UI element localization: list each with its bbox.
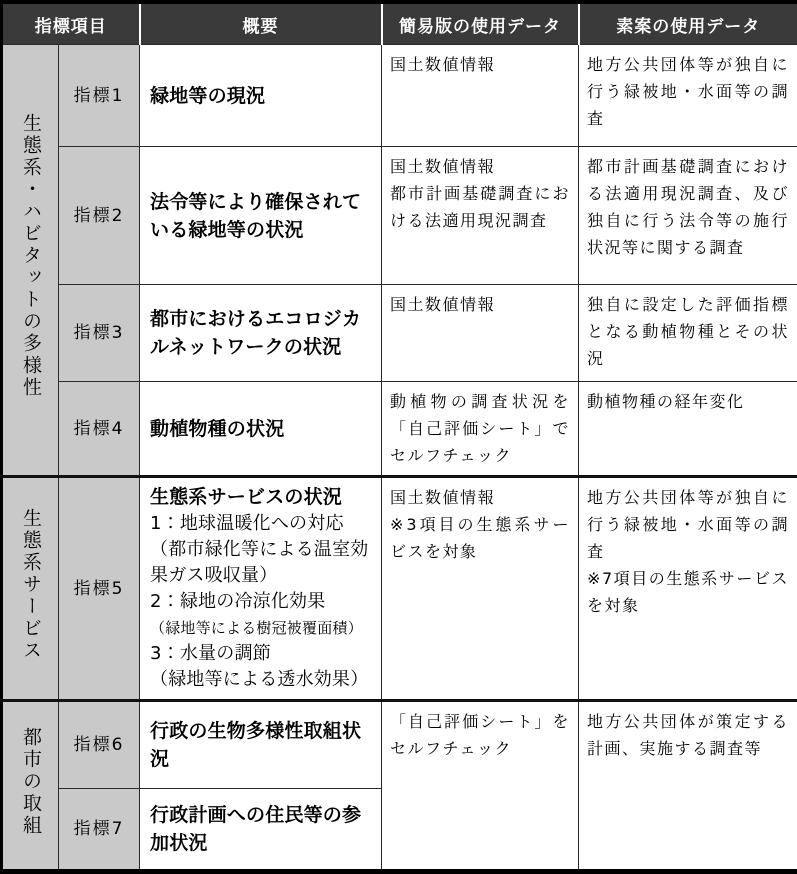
indicators-table: 指標項目 概要 簡易版の使用データ 素案の使用データ 生態系・ハビタットの多様性…: [0, 0, 797, 874]
overview-cell-5: 生態系サービスの状況 1：地球温暖化への対応 （都市緑化等による温室効果ガス吸収…: [140, 477, 382, 701]
header-overview: 概要: [140, 2, 382, 45]
draft-data-cell-5: 地方公共団体等が独自に行う緑被地・水面等の調査 ※7項目の生態系サービスを対象: [579, 477, 797, 701]
table-header: 指標項目 概要 簡易版の使用データ 素案の使用データ: [2, 2, 797, 45]
indicator-label-7: 指標7: [59, 789, 140, 872]
overview-title: 生態系サービスの状況: [150, 484, 375, 511]
overview-cell-7: 行政計画への住民等の参加状況: [140, 789, 382, 872]
table-row: 生態系サービス 指標5 生態系サービスの状況 1：地球温暖化への対応 （都市緑化…: [2, 477, 797, 701]
overview-cell-2: 法令等により確保されている緑地等の状況: [140, 147, 382, 285]
group-cell-biodiversity-habitat: 生態系・ハビタットの多様性: [2, 45, 59, 477]
indicator-label-6: 指標6: [59, 701, 140, 789]
table-row: 指標4 動植物種の状況 動植物の調査状況を「自己評価シート」でセルフチェック 動…: [2, 382, 797, 477]
simple-data-cell-6: 「自己評価シート」をセルフチェック: [382, 701, 579, 872]
header-draft-data: 素案の使用データ: [579, 2, 797, 45]
group-cell-ecosystem-services: 生態系サービス: [2, 477, 59, 701]
draft-data-cell-1: 地方公共団体等が独自に行う緑被地・水面等の調査: [579, 45, 797, 147]
table-row: 生態系・ハビタットの多様性 指標1 緑地等の現況 国土数値情報 地方公共団体等が…: [2, 45, 797, 147]
header-row: 指標項目 概要 簡易版の使用データ 素案の使用データ: [2, 2, 797, 45]
overview-cell-6: 行政の生物多様性取組状況: [140, 701, 382, 789]
simple-data-cell-3: 国土数値情報: [382, 285, 579, 382]
indicator-label-2: 指標2: [59, 147, 140, 285]
draft-data-cell-2: 都市計画基礎調査における法適用現況調査、及び独自に行う法令等の施行状況等に関する…: [579, 147, 797, 285]
group-label: 都市の取組: [20, 727, 41, 837]
indicator-label-1: 指標1: [59, 45, 140, 147]
simple-data-cell-2: 国土数値情報 都市計画基礎調査における法適用現況調査: [382, 147, 579, 285]
overview-cell-1: 緑地等の現況: [140, 45, 382, 147]
overview-line: 3：水量の調節: [150, 641, 375, 667]
overview-line: （都市緑化等による温室効果ガス吸収量）: [150, 537, 375, 589]
indicator-label-5: 指標5: [59, 477, 140, 701]
indicator-label-3: 指標3: [59, 285, 140, 382]
table-row: 都市の取組 指標6 行政の生物多様性取組状況 「自己評価シート」をセルフチェック…: [2, 701, 797, 789]
simple-data-cell-1: 国土数値情報: [382, 45, 579, 147]
group-cell-city-initiatives: 都市の取組: [2, 701, 59, 872]
overview-line: 1：地球温暖化への対応: [150, 511, 375, 537]
draft-data-cell-6: 地方公共団体が策定する計画、実施する調査等: [579, 701, 797, 872]
simple-data-cell-5: 国土数値情報 ※3項目の生態系サービスを対象: [382, 477, 579, 701]
simple-data-cell-4: 動植物の調査状況を「自己評価シート」でセルフチェック: [382, 382, 579, 477]
table-row: 指標2 法令等により確保されている緑地等の状況 国土数値情報 都市計画基礎調査に…: [2, 147, 797, 285]
overview-cell-3: 都市におけるエコロジカルネットワークの状況: [140, 285, 382, 382]
indicator-label-4: 指標4: [59, 382, 140, 477]
overview-line: （緑地等による樹冠被覆面積）: [150, 615, 375, 641]
overview-line: （緑地等による透水効果）: [150, 667, 375, 693]
document-page: 指標項目 概要 簡易版の使用データ 素案の使用データ 生態系・ハビタットの多様性…: [0, 0, 797, 849]
overview-cell-4: 動植物種の状況: [140, 382, 382, 477]
group-label: 生態系・ハビタットの多様性: [20, 113, 41, 399]
overview-line: 2：緑地の冷涼化効果: [150, 589, 375, 615]
group-label: 生態系サービス: [20, 508, 41, 662]
header-simple-data: 簡易版の使用データ: [382, 2, 579, 45]
header-indicator-items: 指標項目: [2, 2, 140, 45]
draft-data-cell-3: 独自に設定した評価指標となる動植物種とその状況: [579, 285, 797, 382]
draft-data-cell-4: 動植物種の経年変化: [579, 382, 797, 477]
table-row: 指標3 都市におけるエコロジカルネットワークの状況 国土数値情報 独自に設定した…: [2, 285, 797, 382]
